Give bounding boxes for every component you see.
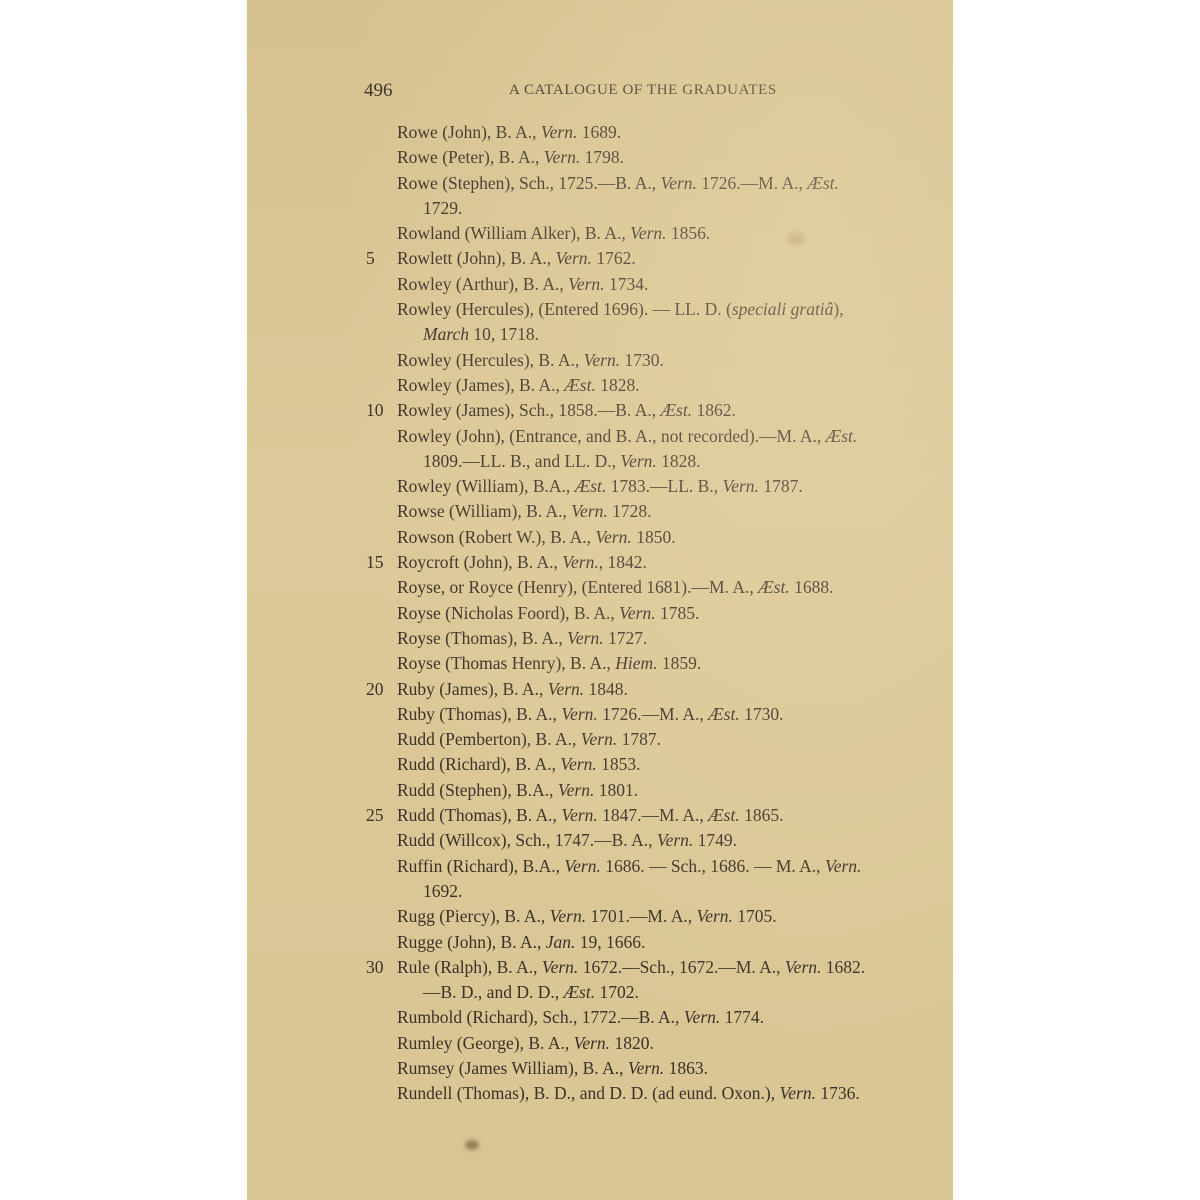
entry-continuation-line: 1809.—LL. B., and LL. D., Vern. 1828.	[247, 449, 953, 474]
entry-text: Rugg (Piercy), B. A., Vern. 1701.—M. A.,…	[397, 904, 777, 929]
term-abbreviation: Æst.	[826, 426, 858, 446]
entry-text: Royse (Thomas), B. A., Vern. 1727.	[397, 626, 647, 651]
term-abbreviation: Vern.	[562, 552, 598, 572]
term-abbreviation: Vern.	[571, 501, 607, 521]
term-abbreviation: Vern.	[560, 754, 596, 774]
term-abbreviation: Vern.	[785, 957, 821, 977]
entry-text: Rowson (Robert W.), B. A., Vern. 1850.	[397, 525, 676, 550]
entry-continuation-line: —B. D., and D. D., Æst. 1702.	[247, 980, 953, 1005]
entry-line: Rowley (John), (Entrance, and B. A., not…	[247, 424, 953, 449]
term-abbreviation: Vern.	[548, 679, 584, 699]
scanned-page: 496 A CATALOGUE OF THE GRADUATES Rowe (J…	[247, 0, 953, 1200]
entry-text: Rowley (John), (Entrance, and B. A., not…	[397, 424, 857, 449]
entry-text: Rowe (John), B. A., Vern. 1689.	[397, 120, 621, 145]
term-abbreviation: Vern.	[684, 1007, 720, 1027]
entry-line: Royse (Thomas), B. A., Vern. 1727.	[247, 626, 953, 651]
entry-line: Rowson (Robert W.), B. A., Vern. 1850.	[247, 525, 953, 550]
entry-line: Rudd (Pemberton), B. A., Vern. 1787.	[247, 727, 953, 752]
entry-text: Rowse (William), B. A., Vern. 1728.	[397, 499, 652, 524]
graduate-entries-list: Rowe (John), B. A., Vern. 1689.Rowe (Pet…	[247, 120, 953, 1107]
entry-text: Rowley (James), B. A., Æst. 1828.	[397, 373, 640, 398]
term-abbreviation: Hiem.	[615, 653, 657, 673]
entry-text: Rudd (Thomas), B. A., Vern. 1847.—M. A.,…	[397, 803, 783, 828]
entry-line: 30Rule (Ralph), B. A., Vern. 1672.—Sch.,…	[247, 955, 953, 980]
term-abbreviation: Vern.	[722, 476, 758, 496]
entry-line: Rowley (Arthur), B. A., Vern. 1734.	[247, 272, 953, 297]
entry-text: Rumsey (James William), B. A., Vern. 186…	[397, 1056, 708, 1081]
entry-text: 1692.	[423, 879, 462, 904]
entry-text: Ruffin (Richard), B.A., Vern. 1686. — Sc…	[397, 854, 861, 879]
entry-line: 15Roycroft (John), B. A., Vern., 1842.	[247, 550, 953, 575]
term-abbreviation: March	[423, 324, 469, 344]
term-abbreviation: Vern.	[541, 122, 577, 142]
entry-text: Rundell (Thomas), B. D., and D. D. (ad e…	[397, 1081, 860, 1106]
entry-text: Ruby (Thomas), B. A., Vern. 1726.—M. A.,…	[397, 702, 783, 727]
ink-smudge	[465, 1140, 479, 1150]
entry-line: Rowe (John), B. A., Vern. 1689.	[247, 120, 953, 145]
entry-line: 10Rowley (James), Sch., 1858.—B. A., Æst…	[247, 398, 953, 423]
term-abbreviation: Vern.	[696, 906, 732, 926]
term-abbreviation: Vern.	[595, 527, 631, 547]
entry-text: Rumley (George), B. A., Vern. 1820.	[397, 1031, 654, 1056]
running-title: A CATALOGUE OF THE GRADUATES	[509, 82, 777, 99]
entry-text: Rule (Ralph), B. A., Vern. 1672.—Sch., 1…	[397, 955, 865, 980]
term-abbreviation: Æst.	[575, 476, 607, 496]
line-number: 25	[366, 803, 396, 828]
entry-text: Rudd (Richard), B. A., Vern. 1853.	[397, 752, 641, 777]
term-abbreviation: Vern.	[550, 906, 586, 926]
line-number: 30	[366, 955, 396, 980]
entry-line: Rugg (Piercy), B. A., Vern. 1701.—M. A.,…	[247, 904, 953, 929]
entry-continuation-line: 1729.	[247, 196, 953, 221]
entry-continuation-line: March 10, 1718.	[247, 322, 953, 347]
line-number: 5	[366, 246, 396, 271]
entry-text: Rowlett (John), B. A., Vern. 1762.	[397, 246, 636, 271]
entry-text: Rugge (John), B. A., Jan. 19, 1666.	[397, 930, 645, 955]
line-number: 10	[366, 398, 396, 423]
entry-text: 1809.—LL. B., and LL. D., Vern. 1828.	[423, 449, 701, 474]
term-abbreviation: Vern.	[558, 780, 594, 800]
entry-line: Rudd (Stephen), B.A., Vern. 1801.	[247, 778, 953, 803]
term-abbreviation: Vern.	[567, 628, 603, 648]
entry-line: Ruby (Thomas), B. A., Vern. 1726.—M. A.,…	[247, 702, 953, 727]
page-header: 496 A CATALOGUE OF THE GRADUATES	[247, 80, 953, 104]
term-abbreviation: Æst.	[758, 577, 790, 597]
entry-text: Rowley (Hercules), (Entered 1696). — LL.…	[397, 297, 844, 322]
line-number: 15	[366, 550, 396, 575]
entry-text: Ruby (James), B. A., Vern. 1848.	[397, 677, 628, 702]
entry-line: 20Ruby (James), B. A., Vern. 1848.	[247, 677, 953, 702]
entry-text: March 10, 1718.	[423, 322, 539, 347]
term-abbreviation: Jan.	[546, 932, 576, 952]
term-abbreviation: Vern.	[620, 451, 656, 471]
ink-smudge	[787, 232, 805, 246]
entry-continuation-line: 1692.	[247, 879, 953, 904]
term-abbreviation: Æst.	[708, 805, 740, 825]
term-abbreviation: Vern.	[825, 856, 861, 876]
entry-line: Royse (Nicholas Foord), B. A., Vern. 178…	[247, 601, 953, 626]
entry-line: Rumsey (James William), B. A., Vern. 186…	[247, 1056, 953, 1081]
entry-line: Rumbold (Richard), Sch., 1772.—B. A., Ve…	[247, 1005, 953, 1030]
term-abbreviation: Vern.	[780, 1083, 816, 1103]
entry-text: Rudd (Pemberton), B. A., Vern. 1787.	[397, 727, 661, 752]
term-abbreviation: Vern.	[584, 350, 620, 370]
entry-text: Royse (Nicholas Foord), B. A., Vern. 178…	[397, 601, 699, 626]
term-abbreviation: Vern.	[564, 856, 600, 876]
entry-line: Rowley (William), B.A., Æst. 1783.—LL. B…	[247, 474, 953, 499]
term-abbreviation: Vern.	[619, 603, 655, 623]
entry-text: Rudd (Willcox), Sch., 1747.—B. A., Vern.…	[397, 828, 737, 853]
page-number: 496	[364, 80, 393, 102]
entry-line: Rowley (Hercules), B. A., Vern. 1730.	[247, 348, 953, 373]
term-abbreviation: Vern.	[630, 223, 666, 243]
term-abbreviation: Æst.	[708, 704, 740, 724]
entry-line: Rudd (Richard), B. A., Vern. 1853.	[247, 752, 953, 777]
entry-text: Rowley (Arthur), B. A., Vern. 1734.	[397, 272, 648, 297]
term-abbreviation: Vern.	[561, 805, 597, 825]
term-abbreviation: Æst.	[563, 982, 595, 1002]
entry-line: Rowland (William Alker), B. A., Vern. 18…	[247, 221, 953, 246]
term-abbreviation: Vern.	[574, 1033, 610, 1053]
entry-text: Royse (Thomas Henry), B. A., Hiem. 1859.	[397, 651, 701, 676]
entry-line: Rowe (Peter), B. A., Vern. 1798.	[247, 145, 953, 170]
entry-text: —B. D., and D. D., Æst. 1702.	[423, 980, 639, 1005]
entry-text: Roycroft (John), B. A., Vern., 1842.	[397, 550, 647, 575]
entry-text: Rowe (Peter), B. A., Vern. 1798.	[397, 145, 624, 170]
term-abbreviation: speciali gratiâ	[732, 299, 834, 319]
entry-line: Rowley (James), B. A., Æst. 1828.	[247, 373, 953, 398]
entry-line: 5Rowlett (John), B. A., Vern. 1762.	[247, 246, 953, 271]
term-abbreviation: Vern.	[555, 248, 591, 268]
entry-line: 25Rudd (Thomas), B. A., Vern. 1847.—M. A…	[247, 803, 953, 828]
entry-line: Rowse (William), B. A., Vern. 1728.	[247, 499, 953, 524]
entry-text: Royse, or Royce (Henry), (Entered 1681).…	[397, 575, 833, 600]
entry-line: Rowe (Stephen), Sch., 1725.—B. A., Vern.…	[247, 171, 953, 196]
entry-line: Rumley (George), B. A., Vern. 1820.	[247, 1031, 953, 1056]
entry-text: Rudd (Stephen), B.A., Vern. 1801.	[397, 778, 638, 803]
entry-text: 1729.	[423, 196, 462, 221]
entry-line: Rowley (Hercules), (Entered 1696). — LL.…	[247, 297, 953, 322]
entry-text: Rowland (William Alker), B. A., Vern. 18…	[397, 221, 710, 246]
entry-line: Royse, or Royce (Henry), (Entered 1681).…	[247, 575, 953, 600]
term-abbreviation: Æst.	[660, 400, 692, 420]
entry-text: Rumbold (Richard), Sch., 1772.—B. A., Ve…	[397, 1005, 764, 1030]
term-abbreviation: Æst.	[564, 375, 596, 395]
term-abbreviation: Vern.	[542, 957, 578, 977]
term-abbreviation: Vern.	[628, 1058, 664, 1078]
entry-line: Rudd (Willcox), Sch., 1747.—B. A., Vern.…	[247, 828, 953, 853]
term-abbreviation: Vern.	[544, 147, 580, 167]
entry-line: Rundell (Thomas), B. D., and D. D. (ad e…	[247, 1081, 953, 1106]
term-abbreviation: Vern.	[568, 274, 604, 294]
entry-line: Rugge (John), B. A., Jan. 19, 1666.	[247, 930, 953, 955]
entry-line: Royse (Thomas Henry), B. A., Hiem. 1859.	[247, 651, 953, 676]
term-abbreviation: Æst.	[807, 173, 839, 193]
term-abbreviation: Vern.	[657, 830, 693, 850]
term-abbreviation: Vern.	[660, 173, 696, 193]
entry-line: Ruffin (Richard), B.A., Vern. 1686. — Sc…	[247, 854, 953, 879]
term-abbreviation: Vern.	[581, 729, 617, 749]
entry-text: Rowley (Hercules), B. A., Vern. 1730.	[397, 348, 664, 373]
entry-text: Rowley (William), B.A., Æst. 1783.—LL. B…	[397, 474, 803, 499]
term-abbreviation: Vern.	[561, 704, 597, 724]
line-number: 20	[366, 677, 396, 702]
entry-text: Rowe (Stephen), Sch., 1725.—B. A., Vern.…	[397, 171, 839, 196]
entry-text: Rowley (James), Sch., 1858.—B. A., Æst. …	[397, 398, 736, 423]
